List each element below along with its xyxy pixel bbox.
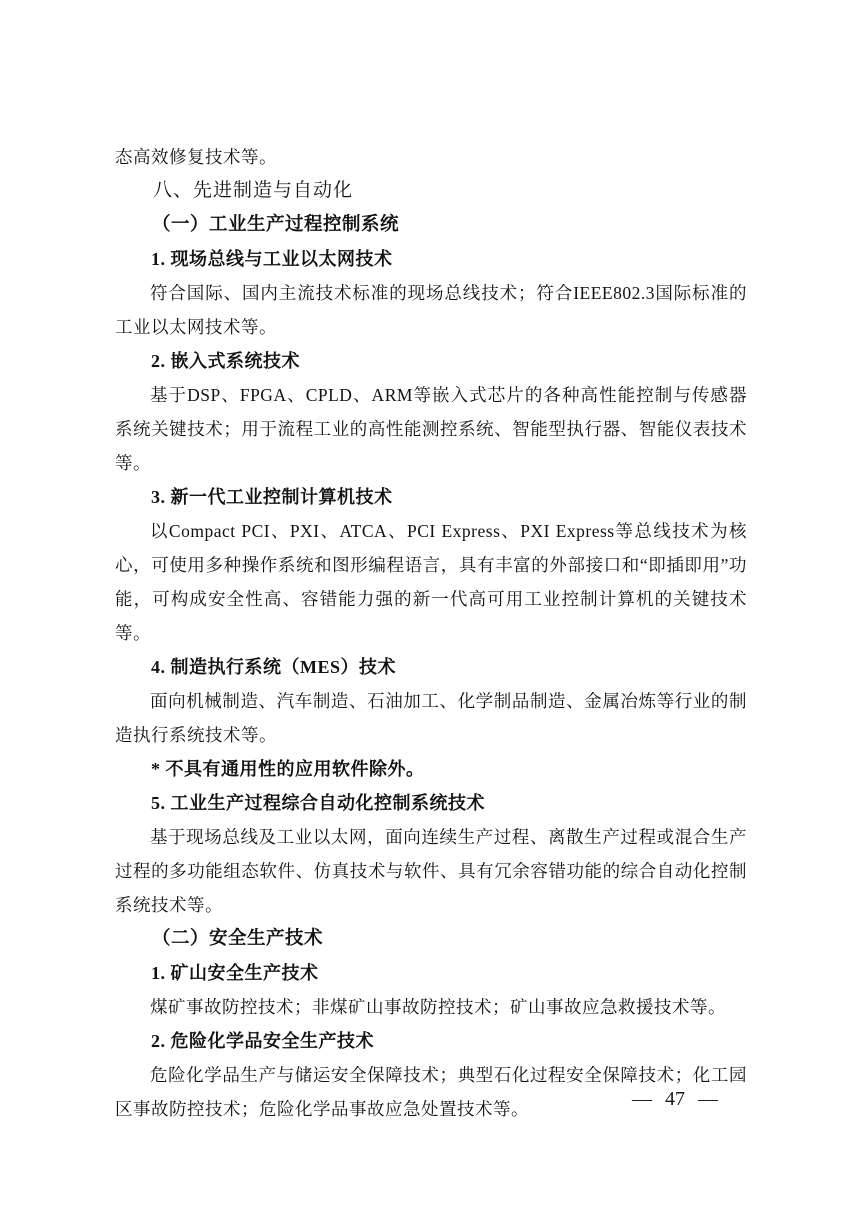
item-3-industrial-computer-body: 以Compact PCI、PXI、ATCA、PCI Express、PXI Ex… — [115, 514, 747, 650]
document-body: 态高效修复技术等。八、先进制造与自动化（一）工业生产过程控制系统1. 现场总线与… — [115, 140, 747, 1126]
item-1-fieldbus-heading: 1. 现场总线与工业以太网技术 — [115, 242, 747, 276]
item-4-mes-body: 面向机械制造、汽车制造、石油加工、化学制品制造、金属冶炼等行业的制造执行系统技术… — [115, 684, 747, 752]
subsection-1-heading: （一）工业生产过程控制系统 — [115, 208, 747, 242]
paragraph-continued-ecology-repair: 态高效修复技术等。 — [115, 140, 747, 174]
item-2-embedded-body: 基于DSP、FPGA、CPLD、ARM等嵌入式芯片的各种高性能控制与传感器系统关… — [115, 378, 747, 480]
footer-right-dash: — — [698, 1086, 718, 1112]
page-footer: — 47 — — [632, 1086, 718, 1112]
item-2-embedded-heading: 2. 嵌入式系统技术 — [115, 344, 747, 378]
subsection-2-heading: （二）安全生产技术 — [115, 922, 747, 956]
page-number: 47 — [665, 1086, 685, 1112]
item-5-integrated-automation-heading: 5. 工业生产过程综合自动化控制系统技术 — [115, 786, 747, 820]
document-page: 态高效修复技术等。八、先进制造与自动化（一）工业生产过程控制系统1. 现场总线与… — [0, 0, 860, 1216]
section-8-heading: 八、先进制造与自动化 — [115, 174, 747, 208]
item-5-integrated-automation-body: 基于现场总线及工业以太网，面向连续生产过程、离散生产过程或混合生产过程的多功能组… — [115, 820, 747, 922]
exclusion-note: * 不具有通用性的应用软件除外。 — [115, 752, 747, 786]
item-1-fieldbus-body: 符合国际、国内主流技术标准的现场总线技术；符合IEEE802.3国际标准的工业以… — [115, 276, 747, 344]
item-1-mine-safety-body: 煤矿事故防控技术；非煤矿山事故防控技术；矿山事故应急救援技术等。 — [115, 990, 747, 1024]
item-3-industrial-computer-heading: 3. 新一代工业控制计算机技术 — [115, 480, 747, 514]
item-2-hazchem-safety-heading: 2. 危险化学品安全生产技术 — [115, 1024, 747, 1058]
footer-left-dash: — — [632, 1086, 652, 1112]
item-1-mine-safety-heading: 1. 矿山安全生产技术 — [115, 956, 747, 990]
item-4-mes-heading: 4. 制造执行系统（MES）技术 — [115, 650, 747, 684]
